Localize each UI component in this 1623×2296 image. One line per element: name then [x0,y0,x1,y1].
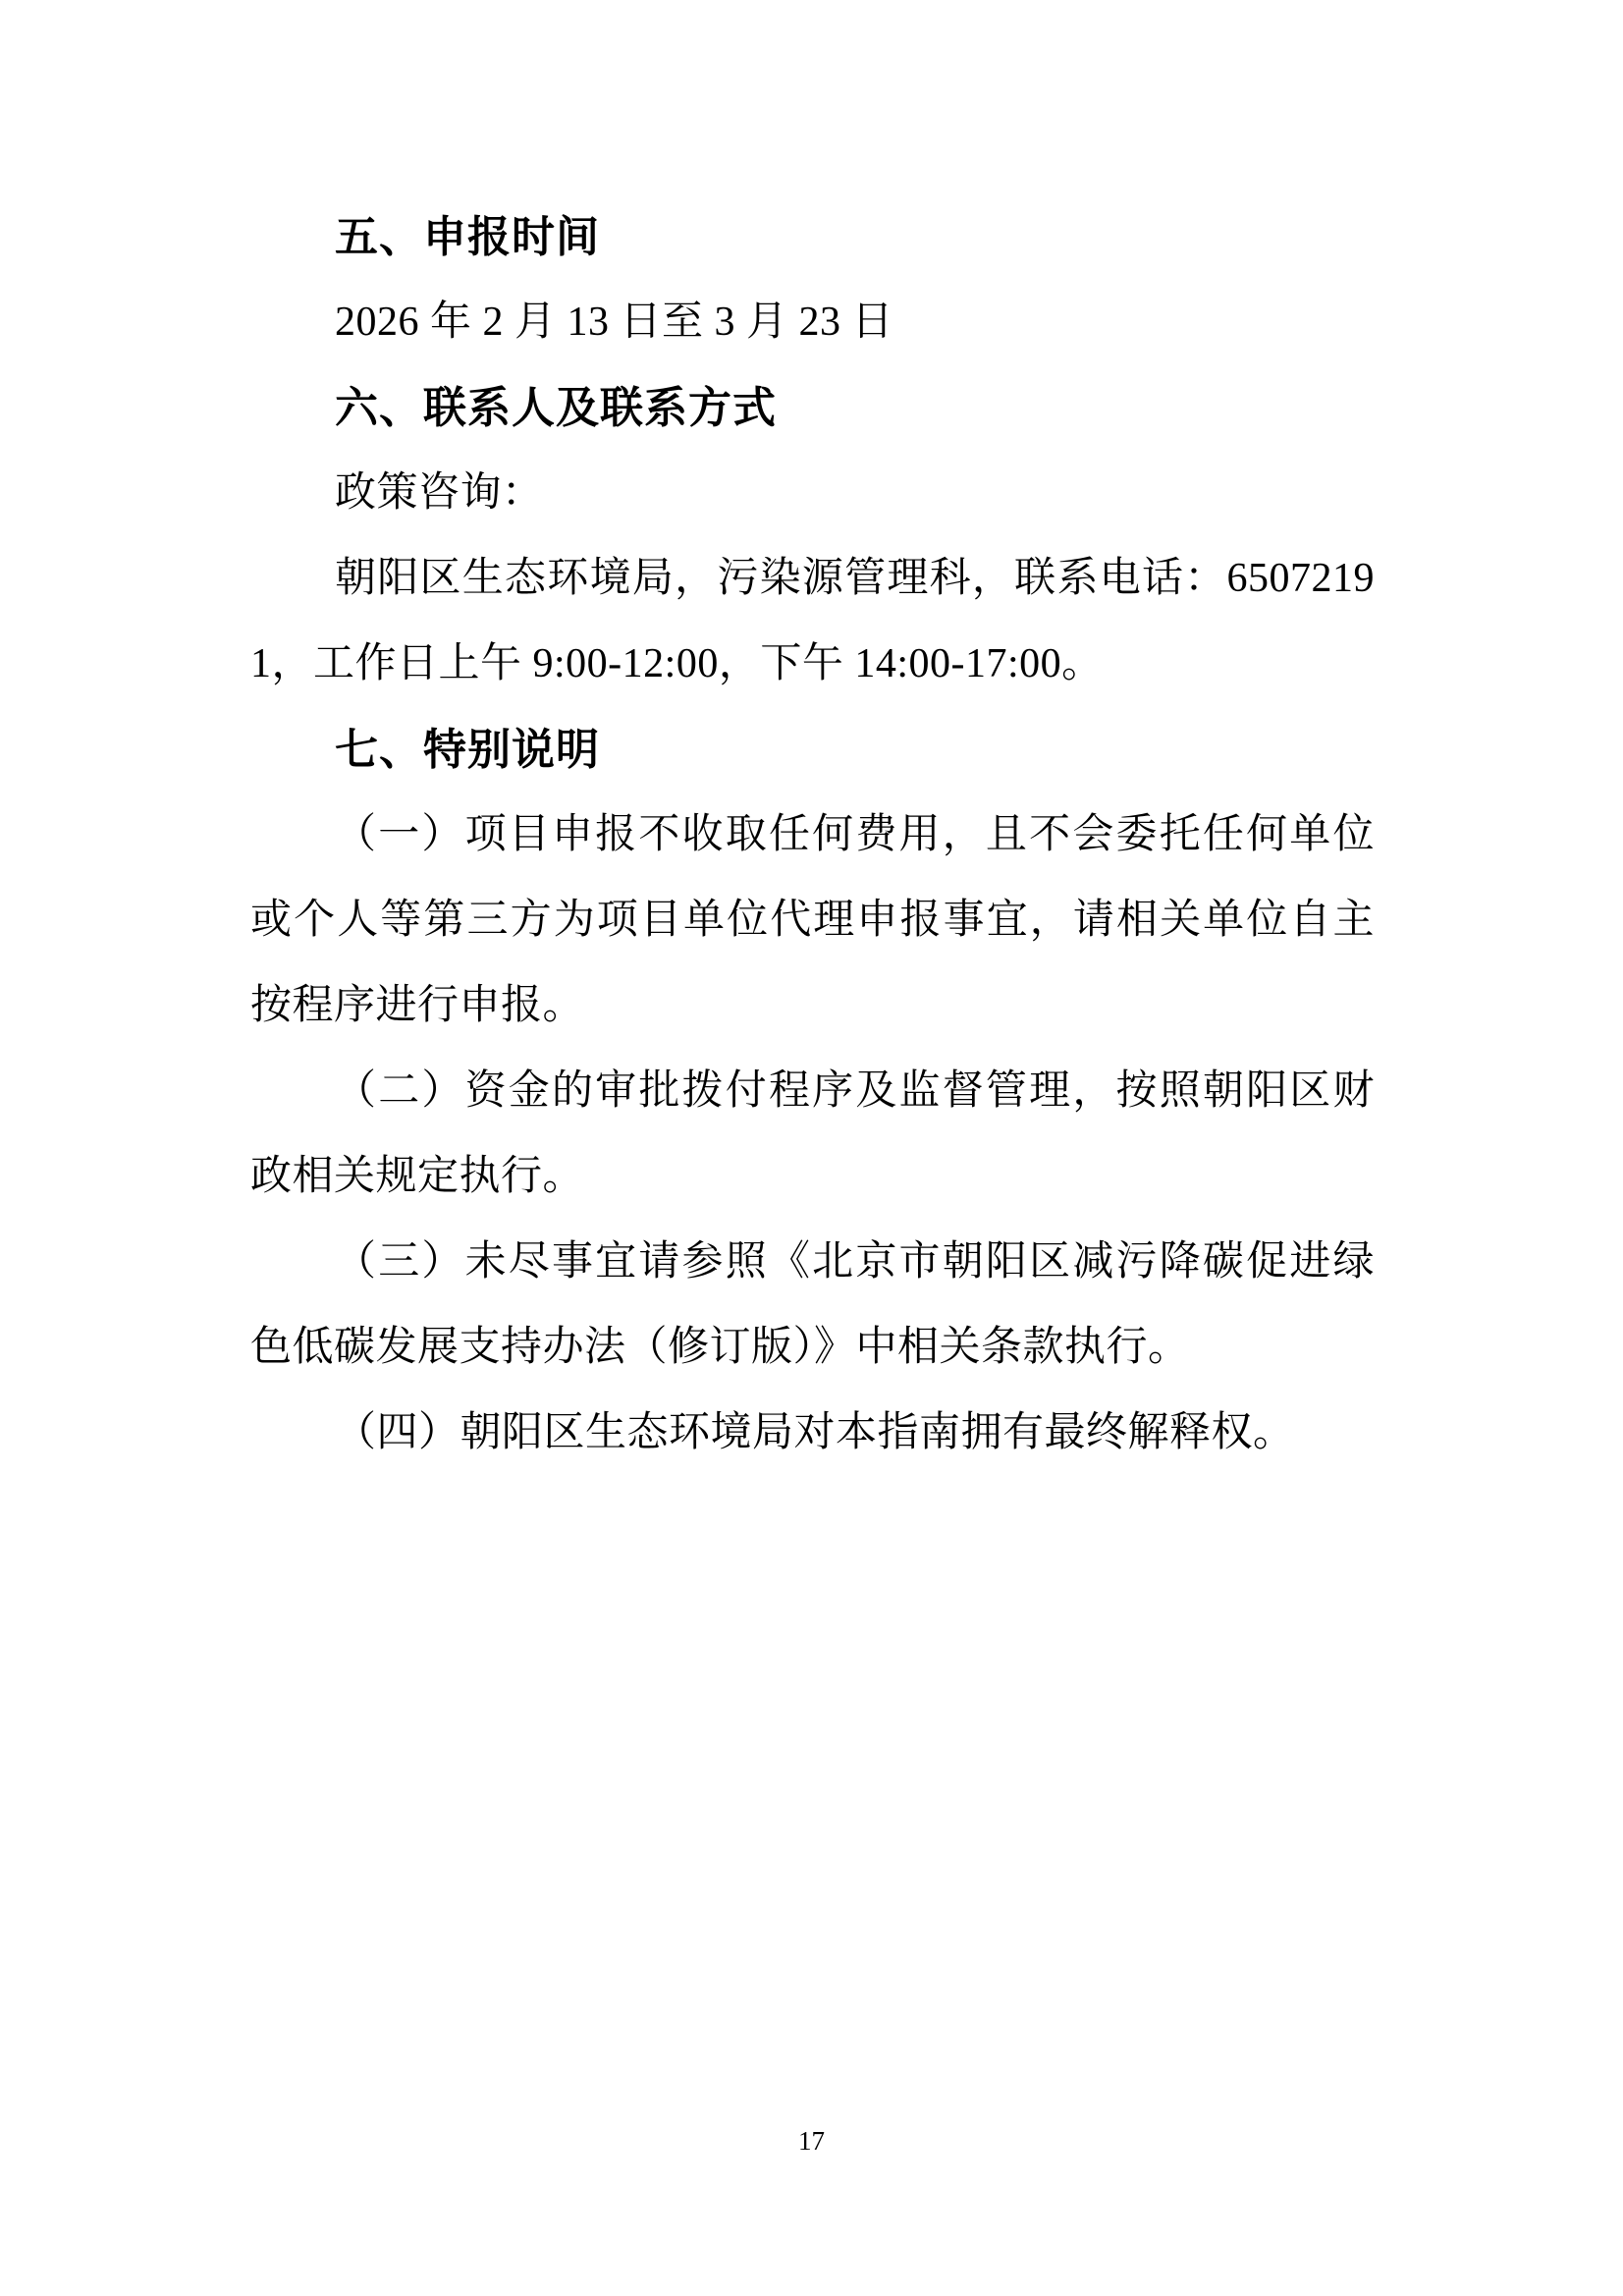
paragraph-application-date: 2026 年 2 月 13 日至 3 月 23 日 [250,280,1375,365]
paragraph-note-2: （二）资金的审批拨付程序及监督管理，按照朝阳区财政相关规定执行。 [250,1049,1375,1220]
paragraph-note-1: （一）项目申报不收取任何费用，且不会委托任何单位或个人等第三方为项目单位代理申报… [250,793,1375,1049]
paragraph-contact-details: 朝阳区生态环境局，污染源管理科，联系电话：65072191，工作日上午 9:00… [250,536,1375,707]
section-heading-application-time: 五、申报时间 [250,194,1375,280]
section-heading-special-notes: 七、特别说明 [250,707,1375,793]
page-number: 17 [0,2121,1623,2160]
document-page: 五、申报时间 2026 年 2 月 13 日至 3 月 23 日 六、联系人及联… [0,0,1623,2296]
document-body: 五、申报时间 2026 年 2 月 13 日至 3 月 23 日 六、联系人及联… [250,194,1375,1476]
paragraph-note-4: （四）朝阳区生态环境局对本指南拥有最终解释权。 [250,1391,1375,1476]
paragraph-note-3: （三）未尽事宜请参照《北京市朝阳区减污降碳促进绿色低碳发展支持办法（修订版）》中… [250,1220,1375,1391]
paragraph-policy-consult-label: 政策咨询： [250,451,1375,536]
section-heading-contact: 六、联系人及联系方式 [250,365,1375,451]
